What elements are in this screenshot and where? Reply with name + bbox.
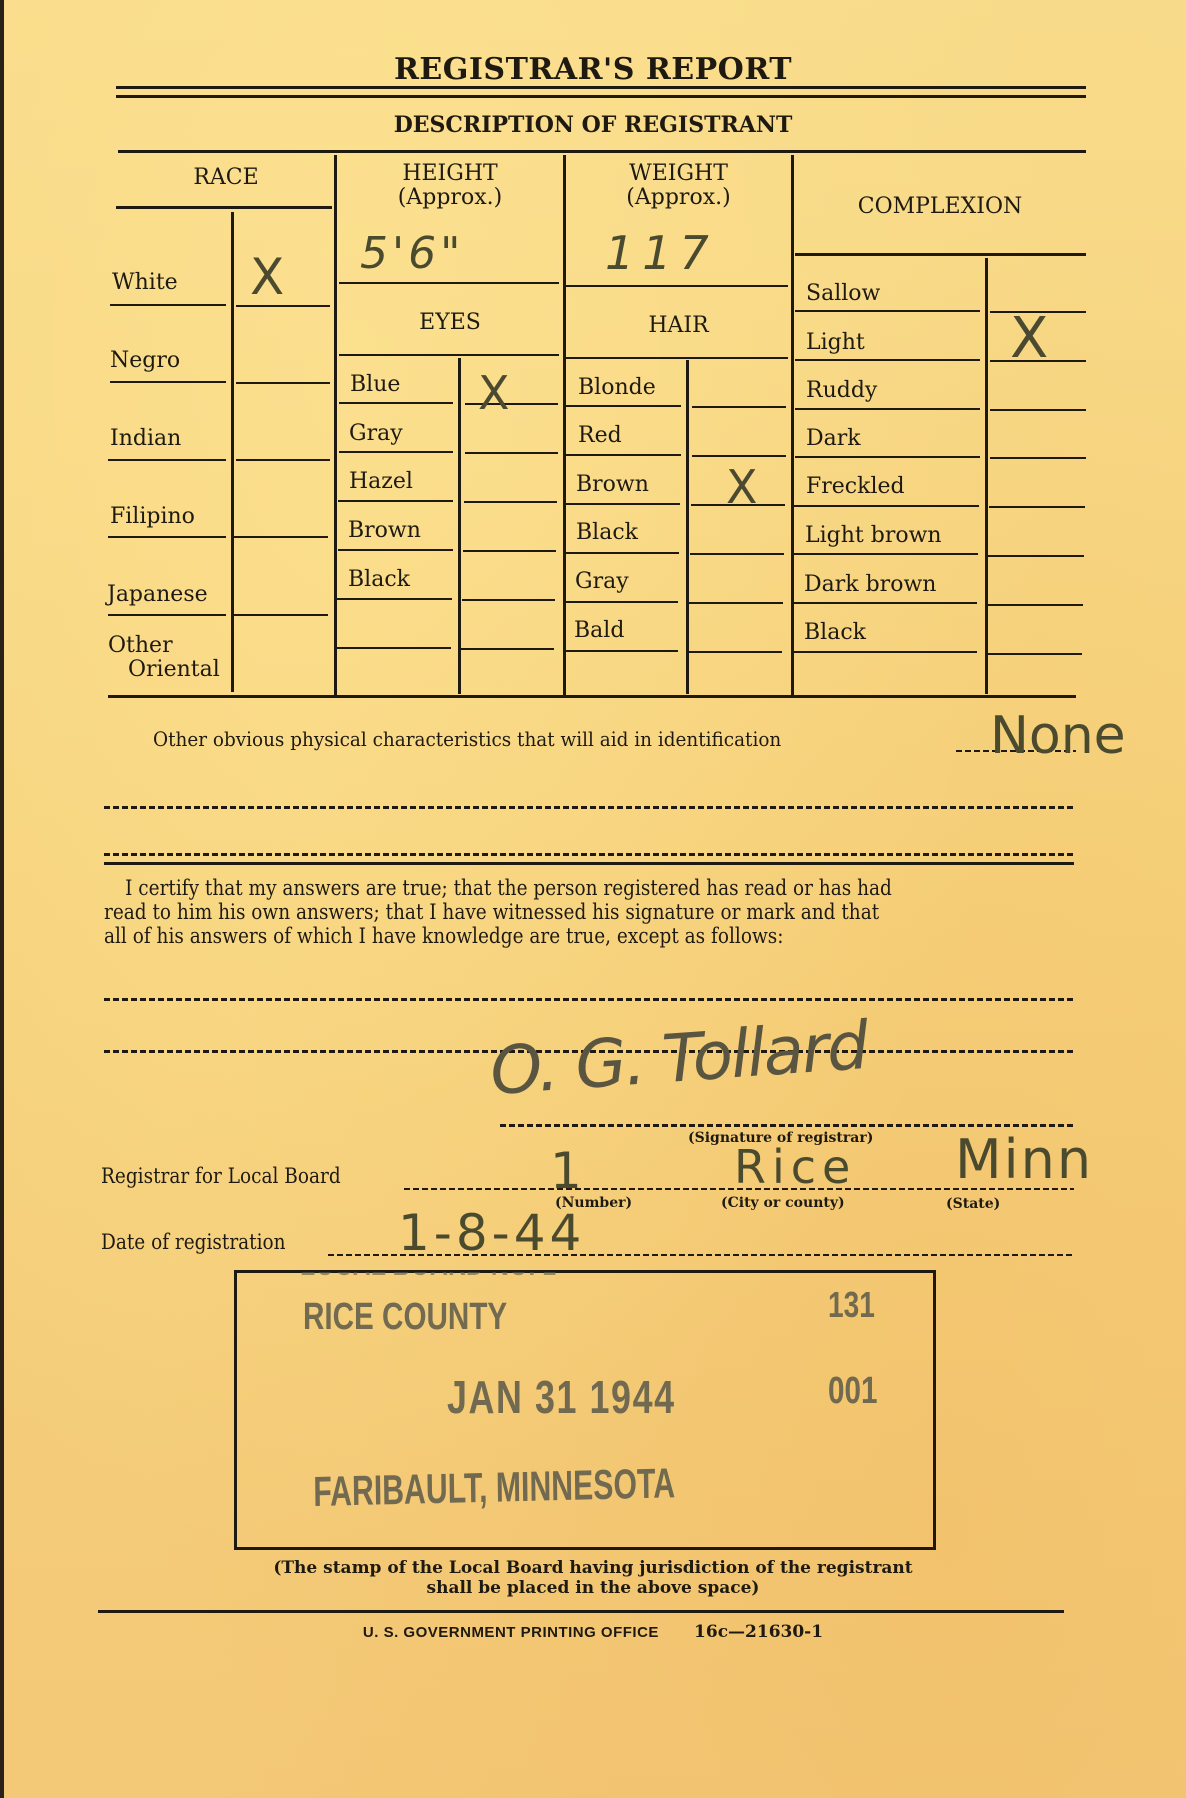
stamp-number-bottom: 001	[828, 1370, 877, 1413]
eyes-rule	[339, 451, 453, 453]
complexion-ruddy-checkbox[interactable]	[990, 366, 1086, 408]
height-value[interactable]: 5'6"	[360, 228, 464, 279]
hair-rule	[566, 454, 681, 456]
eyes-rule	[461, 648, 554, 650]
complexion-rule	[795, 456, 980, 458]
eyes-label-gray: Gray	[349, 421, 403, 446]
exception-line	[104, 998, 1074, 1001]
hair-blonde-checkbox[interactable]	[692, 362, 786, 404]
race-white-checkbox[interactable]: X	[250, 252, 284, 302]
complexion-rule	[794, 505, 979, 507]
other-characteristics-value[interactable]: None	[990, 706, 1126, 766]
complexion-label-dark: Dark	[806, 426, 861, 451]
eyes-rule	[462, 599, 555, 601]
race-check-divider	[231, 212, 234, 692]
race-other-oriental-checkbox[interactable]	[236, 620, 330, 690]
hair-red-checkbox[interactable]	[692, 411, 786, 453]
footer: U. S. GOVERNMENT PRINTING OFFICE 16c—216…	[0, 1622, 1186, 1642]
eyes-rule	[338, 549, 453, 551]
other-characteristics-label: Other obvious physical characteristics t…	[153, 727, 781, 751]
weight-heading-label: WEIGHT	[566, 162, 791, 186]
race-label-negro: Negro	[110, 348, 180, 373]
local-board-state-caption: (State)	[946, 1196, 1000, 1212]
hair-rule	[690, 553, 784, 555]
race-negro-checkbox[interactable]	[236, 310, 330, 380]
certification-top-rule	[104, 862, 1074, 865]
eyes-rule	[337, 598, 452, 600]
race-japanese-checkbox[interactable]	[236, 542, 330, 612]
local-board-number[interactable]: 1	[550, 1142, 582, 1200]
eyes-check-divider	[458, 358, 461, 694]
footer-rule	[98, 1610, 1064, 1613]
race-rule	[108, 614, 226, 616]
hair-black-checkbox[interactable]	[692, 510, 786, 552]
eyes-rule	[339, 402, 453, 404]
race-label-other-oriental-line2: Oriental	[128, 658, 220, 682]
title-rule-2	[116, 95, 1086, 98]
stamp-place: FARIBAULT, MINNESOTA	[313, 1459, 675, 1516]
stamp-caption-line-2: shall be placed in the above space)	[0, 1578, 1186, 1598]
hair-gray-checkbox[interactable]	[692, 559, 786, 601]
complexion-check-divider	[985, 258, 988, 694]
race-rule	[110, 381, 226, 383]
page-edge	[0, 0, 4, 1798]
certification-line-2: read to him his own answers; that I have…	[104, 900, 984, 924]
eyes-rule	[463, 550, 556, 552]
race-header-rule	[116, 206, 332, 209]
complexion-freckled-checkbox[interactable]	[990, 462, 1086, 504]
date-of-registration-label: Date of registration	[101, 1230, 286, 1254]
hair-check-divider	[686, 360, 689, 694]
complexion-dark-checkbox[interactable]	[990, 414, 1086, 456]
complexion-header-rule	[795, 253, 1086, 256]
complexion-label-dark-brown: Dark brown	[804, 572, 936, 597]
table-bottom-rule	[108, 695, 1076, 698]
stamp-county: RICE COUNTY	[303, 1296, 507, 1339]
complexion-rule	[795, 359, 980, 361]
complexion-rule	[795, 408, 980, 410]
hair-rule	[563, 601, 678, 603]
race-rule	[108, 536, 226, 538]
eyes-rule	[464, 501, 557, 503]
eyes-hazel-checkbox[interactable]	[465, 457, 558, 499]
hair-rule	[563, 650, 678, 652]
height-heading: HEIGHT (Approx.)	[337, 162, 563, 210]
hair-label-bald: Bald	[574, 618, 624, 643]
hair-label-red: Red	[578, 423, 622, 448]
race-label-japanese: Japanese	[107, 582, 208, 607]
blank-line	[104, 853, 1074, 856]
col-divider-height-weight	[563, 155, 566, 695]
hair-rule	[565, 503, 680, 505]
complexion-label-black: Black	[804, 620, 866, 645]
race-rule	[234, 536, 328, 538]
race-filipino-checkbox[interactable]	[236, 466, 330, 536]
race-rule	[108, 459, 226, 461]
complexion-label-sallow: Sallow	[806, 281, 880, 306]
complexion-heading: COMPLEXION	[794, 195, 1086, 219]
height-rule	[339, 282, 559, 284]
hair-label-gray: Gray	[575, 569, 629, 594]
eyes-rule	[465, 452, 558, 454]
complexion-rule	[990, 409, 1086, 411]
complexion-sallow-checkbox[interactable]	[990, 262, 1086, 308]
certification-line-1: I certify that my answers are true; that…	[104, 876, 984, 900]
height-heading-sub: (Approx.)	[337, 186, 563, 210]
race-rule	[236, 459, 330, 461]
eyes-label-blue: Blue	[350, 372, 400, 397]
weight-heading: WEIGHT (Approx.)	[566, 162, 791, 210]
col-divider-race-height	[334, 155, 337, 695]
local-board-label: Registrar for Local Board	[101, 1164, 341, 1188]
hair-header-rule	[566, 357, 788, 359]
certification-line-3: all of his answers of which I have knowl…	[104, 924, 984, 948]
form-number: 16c—21630-1	[694, 1622, 823, 1642]
complexion-black-checkbox[interactable]	[990, 608, 1086, 650]
complexion-label-light: Light	[806, 330, 865, 355]
complexion-light-checkbox[interactable]: X	[1010, 314, 1048, 364]
local-board-city-caption: (City or county)	[721, 1195, 845, 1211]
eyes-header-rule	[339, 354, 559, 356]
certification-text: I certify that my answers are true; that…	[104, 876, 984, 948]
hair-label-brown: Brown	[576, 472, 649, 497]
eyes-rule	[336, 647, 451, 649]
complexion-rule	[989, 506, 1085, 508]
race-rule	[236, 382, 330, 384]
eyes-heading: EYES	[337, 311, 563, 335]
race-label-white: White	[112, 270, 178, 295]
eyes-black-checkbox[interactable]	[465, 555, 558, 597]
weight-value[interactable]: 117	[605, 226, 717, 280]
eyes-label-brown: Brown	[348, 518, 421, 543]
col-divider-weight-complexion	[791, 155, 794, 695]
printer-name: U. S. GOVERNMENT PRINTING OFFICE	[363, 1624, 659, 1641]
stamp-number-top: 131	[828, 1284, 875, 1326]
complexion-rule	[990, 457, 1086, 459]
title-rule-1	[116, 86, 1086, 89]
race-rule	[110, 304, 226, 306]
complexion-rule	[792, 602, 977, 604]
hair-brown-checkbox[interactable]: X	[726, 462, 758, 512]
hair-rule	[689, 602, 783, 604]
stamp-date: JAN 31 1944	[447, 1370, 676, 1424]
hair-bald-checkbox[interactable]	[692, 608, 786, 650]
complexion-rule	[793, 553, 978, 555]
race-label-other-oriental-line1: Other	[108, 634, 173, 658]
hair-rule	[564, 552, 679, 554]
eyes-label-black: Black	[348, 567, 410, 592]
complexion-rule	[987, 604, 1083, 606]
race-rule	[234, 614, 328, 616]
signature-line	[500, 1124, 1074, 1127]
complexion-rule	[792, 651, 977, 653]
date-of-registration-value[interactable]: 1-8-44	[398, 1204, 585, 1262]
hair-heading: HAIR	[566, 314, 791, 338]
complexion-dark-brown-checkbox[interactable]	[990, 560, 1086, 602]
weight-heading-sub: (Approx.)	[566, 186, 791, 210]
complexion-rule	[988, 555, 1084, 557]
eyes-brown-checkbox[interactable]	[465, 506, 558, 548]
complexion-label-light-brown: Light brown	[805, 523, 942, 548]
race-heading: RACE	[118, 166, 334, 190]
race-indian-checkbox[interactable]	[236, 388, 330, 458]
complexion-rule	[795, 310, 980, 312]
local-board-city-county[interactable]: Rice	[734, 1140, 856, 1194]
hair-label-black: Black	[576, 520, 638, 545]
local-board-state[interactable]: Minn	[955, 1128, 1093, 1191]
eyes-rule	[338, 500, 453, 502]
stamp-caption-line-1: (The stamp of the Local Board having jur…	[0, 1558, 1186, 1578]
blank-line	[104, 806, 1074, 809]
section-title: DESCRIPTION OF REGISTRANT	[0, 112, 1186, 138]
eyes-label-hazel: Hazel	[349, 469, 413, 494]
complexion-rule	[986, 653, 1082, 655]
race-label-indian: Indian	[110, 426, 181, 451]
complexion-label-freckled: Freckled	[806, 474, 905, 499]
complexion-light-brown-checkbox[interactable]	[990, 511, 1086, 553]
table-top-rule	[118, 150, 1086, 153]
hair-rule	[692, 455, 786, 457]
hair-label-blonde: Blonde	[578, 375, 656, 400]
stamp-caption: (The stamp of the Local Board having jur…	[0, 1558, 1186, 1598]
eyes-gray-checkbox[interactable]	[465, 408, 558, 450]
race-label-filipino: Filipino	[110, 504, 195, 529]
hair-rule	[566, 405, 681, 407]
hair-rule	[692, 406, 786, 408]
eyes-blank-checkbox[interactable]	[465, 604, 558, 646]
weight-rule	[566, 285, 788, 287]
hair-rule	[688, 651, 782, 653]
page-title: REGISTRAR'S REPORT	[0, 52, 1186, 87]
height-heading-label: HEIGHT	[337, 162, 563, 186]
complexion-label-ruddy: Ruddy	[806, 378, 877, 403]
